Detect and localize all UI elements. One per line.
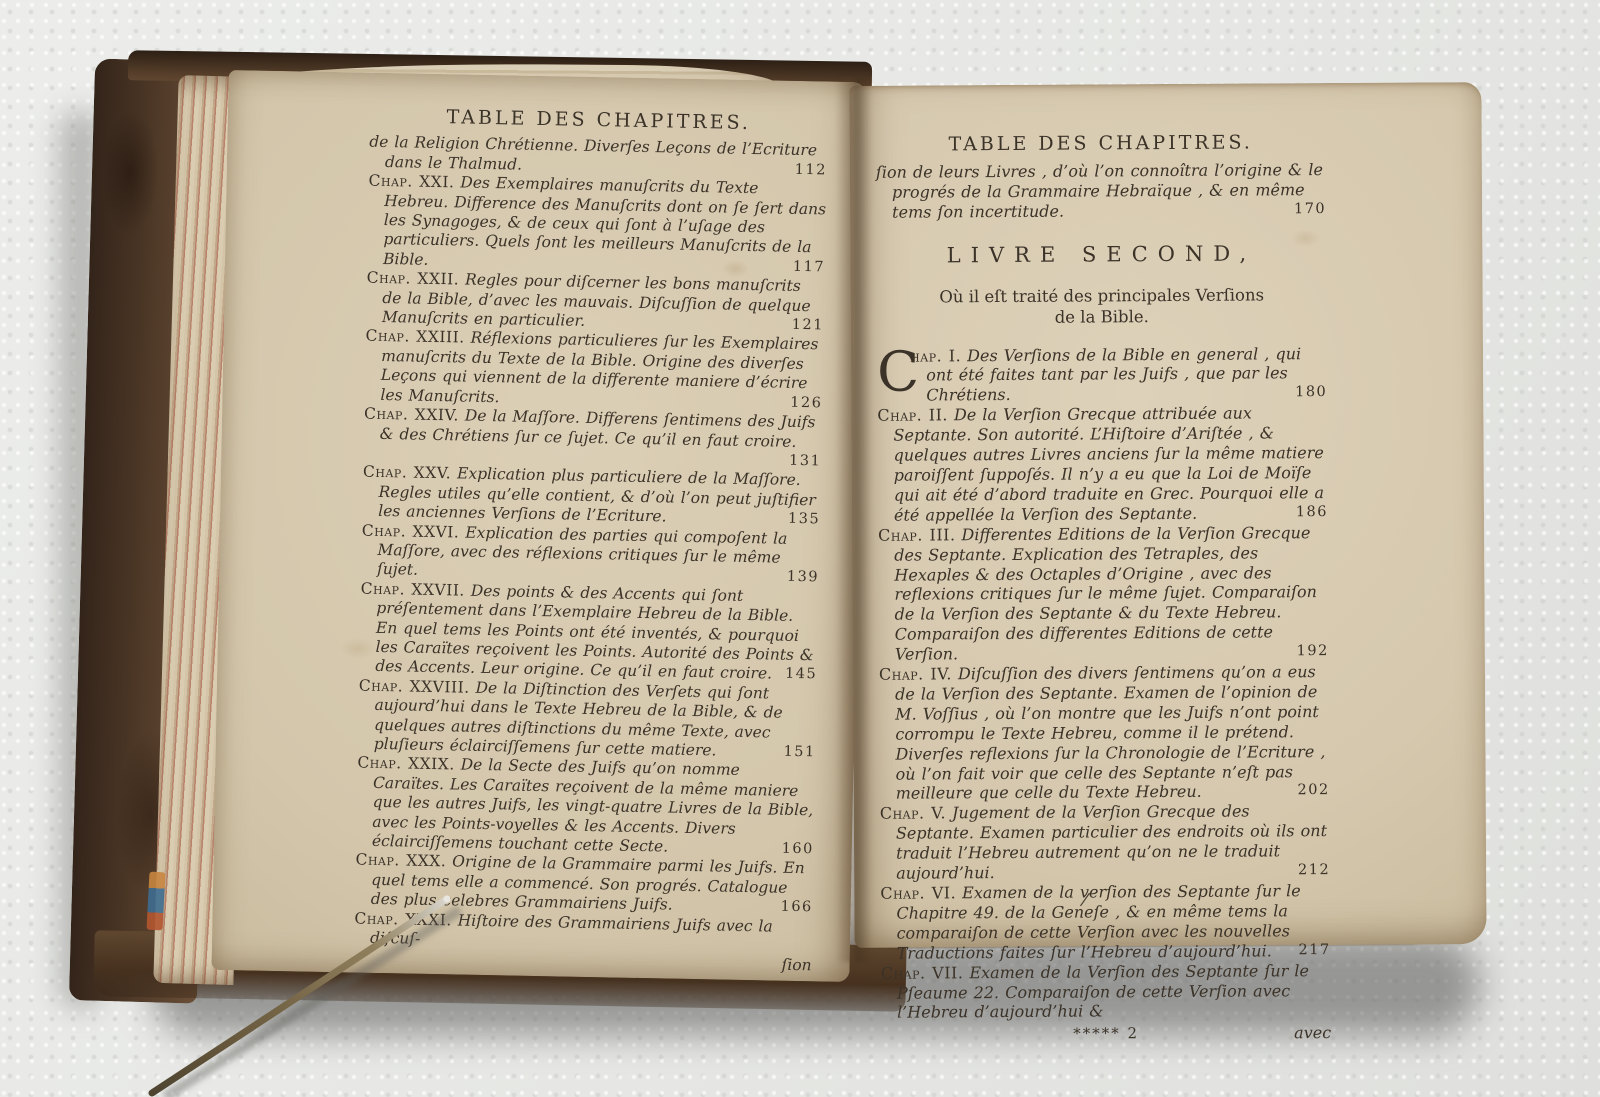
chapter-label: hap. I. <box>910 346 961 365</box>
toc-entry: Chap. XXIX.De la Secte des Juifs qu’on n… <box>356 754 816 860</box>
chapter-label: Chap. XXIX. <box>357 754 455 774</box>
toc-entry: Chap. XXIII.Réflexions particulieres ſur… <box>364 327 823 413</box>
book-two-title: LIVRE SECOND, <box>876 244 1326 267</box>
toc-entry: ſion de leurs Livres , d’où l’on connoît… <box>876 160 1326 222</box>
toc-entry: Chap. XXII.Regles pour diſcerner les bon… <box>366 269 825 336</box>
left-page: TABLE DES CHAPITRES. de la Religion Chré… <box>211 70 866 982</box>
chapter-label: Chap. XXI. <box>368 172 454 192</box>
toc-entry: Chap. XXVI.Explication des parties qui c… <box>361 521 820 588</box>
toc-entry: Chap. XXV.Explication plus particuliere … <box>362 463 821 530</box>
chapter-summary: De la Verſion Grecque attribuée aux Sept… <box>893 404 1324 525</box>
chapter-label: Chap. XXIII. <box>365 327 464 347</box>
toc-entry: Chap. XXIV.De la Maſſore. Differens ſent… <box>363 405 822 472</box>
toc-entry: Chap. XXXI.Hiſtoire des Grammairiens Jui… <box>353 909 812 976</box>
page-number: 160 <box>797 840 814 860</box>
page-number: 112 <box>810 161 827 181</box>
chapter-label: Chap. XXVII. <box>361 579 465 599</box>
marbled-endpaper-fragment <box>146 872 165 931</box>
page-number: 192 <box>1313 642 1329 662</box>
toc-entries-right-intro: ſion de leurs Livres , d’où l’on connoît… <box>876 160 1326 222</box>
chapter-label: Chap. XXIV. <box>364 405 459 425</box>
left-page-text: TABLE DES CHAPITRES. de la Religion Chré… <box>353 107 827 977</box>
page-number: 217 <box>1314 941 1330 961</box>
right-page-footer: ***** 2 avec <box>881 1023 1331 1046</box>
chapter-summary: Differentes Editions de la Verſion Grecq… <box>894 523 1317 664</box>
toc-entries-left: de la Religion Chrétienne. Diverſes Leço… <box>353 133 827 976</box>
chapter-summary: Jugement de la Verſion Grecque des Septa… <box>896 802 1327 883</box>
page-number: 131 <box>805 452 822 472</box>
right-page-header: TABLE DES CHAPITRES. <box>876 133 1326 156</box>
chapter-label: Chap. XXVI. <box>362 521 460 541</box>
chapter-summary: Examen de la verſion des Septante ſur le… <box>896 881 1300 962</box>
left-page-header: TABLE DES CHAPITRES. <box>370 107 828 135</box>
toc-entries-right: Chap. I.Des Verſions de la Bible en gene… <box>877 344 1331 1024</box>
chapter-label: Chap. VII. <box>881 963 964 983</box>
chapter-label: Chap. III. <box>878 525 956 544</box>
toc-entry: Chap. II.De la Verſion Grecque attribuée… <box>877 403 1328 525</box>
toc-entry: Chap. I.Des Verſions de la Bible en gene… <box>877 344 1327 406</box>
chapter-summary: de la Religion Chrétienne. Diverſes Leço… <box>369 133 817 173</box>
toc-entry: Chap. XXI.Des Exemplaires manuſcrits du … <box>367 172 827 278</box>
page-number: 170 <box>1310 200 1326 220</box>
page-number: 139 <box>803 568 820 588</box>
page-number: 135 <box>804 510 821 530</box>
toc-entry: Chap. IV.Diſcuſſion des divers ſentimens… <box>879 662 1330 804</box>
chapter-label: Chap. XXVIII. <box>359 676 470 696</box>
page-number: 145 <box>801 665 818 685</box>
toc-entry: Chap. V.Jugement de la Verſion Grecque d… <box>880 801 1330 883</box>
catchword: ſion <box>369 948 811 976</box>
page-number: 212 <box>1314 861 1330 881</box>
chapter-label: Chap. VI. <box>880 883 956 902</box>
book-two-subtitle: Où il eſt traité des principales Verſion… <box>877 284 1327 329</box>
chapter-label: Chap. XXV. <box>363 463 451 483</box>
chapter-label: Chap. V. <box>880 804 946 823</box>
page-gutter <box>836 78 872 962</box>
signature-mark: ***** 2 <box>881 1023 1331 1046</box>
toc-entry: Chap. VI.Examen de la verſion des Septan… <box>880 881 1330 963</box>
chapter-label: Chap. II. <box>877 406 948 425</box>
toc-entry: Chap. III.Differentes Editions de la Ver… <box>878 523 1329 665</box>
chapter-label: Chap. XXXI. <box>354 909 452 929</box>
toc-entry: Chap. XXVIII.De la Diſtinction des Verſe… <box>358 676 817 762</box>
right-page: TABLE DES CHAPITRES. ſion de leurs Livre… <box>849 82 1486 948</box>
page-number: 166 <box>796 898 813 918</box>
page-number: 121 <box>808 316 825 336</box>
chapter-label: Chap. IV. <box>879 664 952 683</box>
chapter-summary: ſion de leurs Livres , d’où l’on connoît… <box>876 160 1323 221</box>
chapter-label: Chap. XXII. <box>367 269 460 289</box>
toc-entry: Chap. XXVII.Des points & des Accents qui… <box>359 579 819 685</box>
chapter-summary: Diſcuſſion des divers ſentimens qu’on a … <box>895 662 1325 803</box>
page-number: 151 <box>799 743 816 763</box>
toc-entry: Chap. VII.Examen de la Verſion des Septa… <box>881 961 1331 1023</box>
photo-scene: TABLE DES CHAPITRES. de la Religion Chré… <box>0 0 1600 1097</box>
page-number: 202 <box>1313 781 1329 801</box>
toc-entry: Chap. XXX.Origine de la Grammaire parmi … <box>355 851 814 918</box>
page-number: 126 <box>806 394 823 414</box>
chapter-summary: Des Verſions de la Bible en general , qu… <box>926 344 1301 405</box>
page-number: 117 <box>809 258 826 278</box>
chapter-label: Chap. XXX. <box>355 851 446 871</box>
right-page-text: TABLE DES CHAPITRES. ſion de leurs Livre… <box>876 133 1332 1046</box>
page-number: 186 <box>1312 503 1328 523</box>
page-number: 180 <box>1311 383 1327 403</box>
catchword: avec <box>1294 1023 1331 1043</box>
